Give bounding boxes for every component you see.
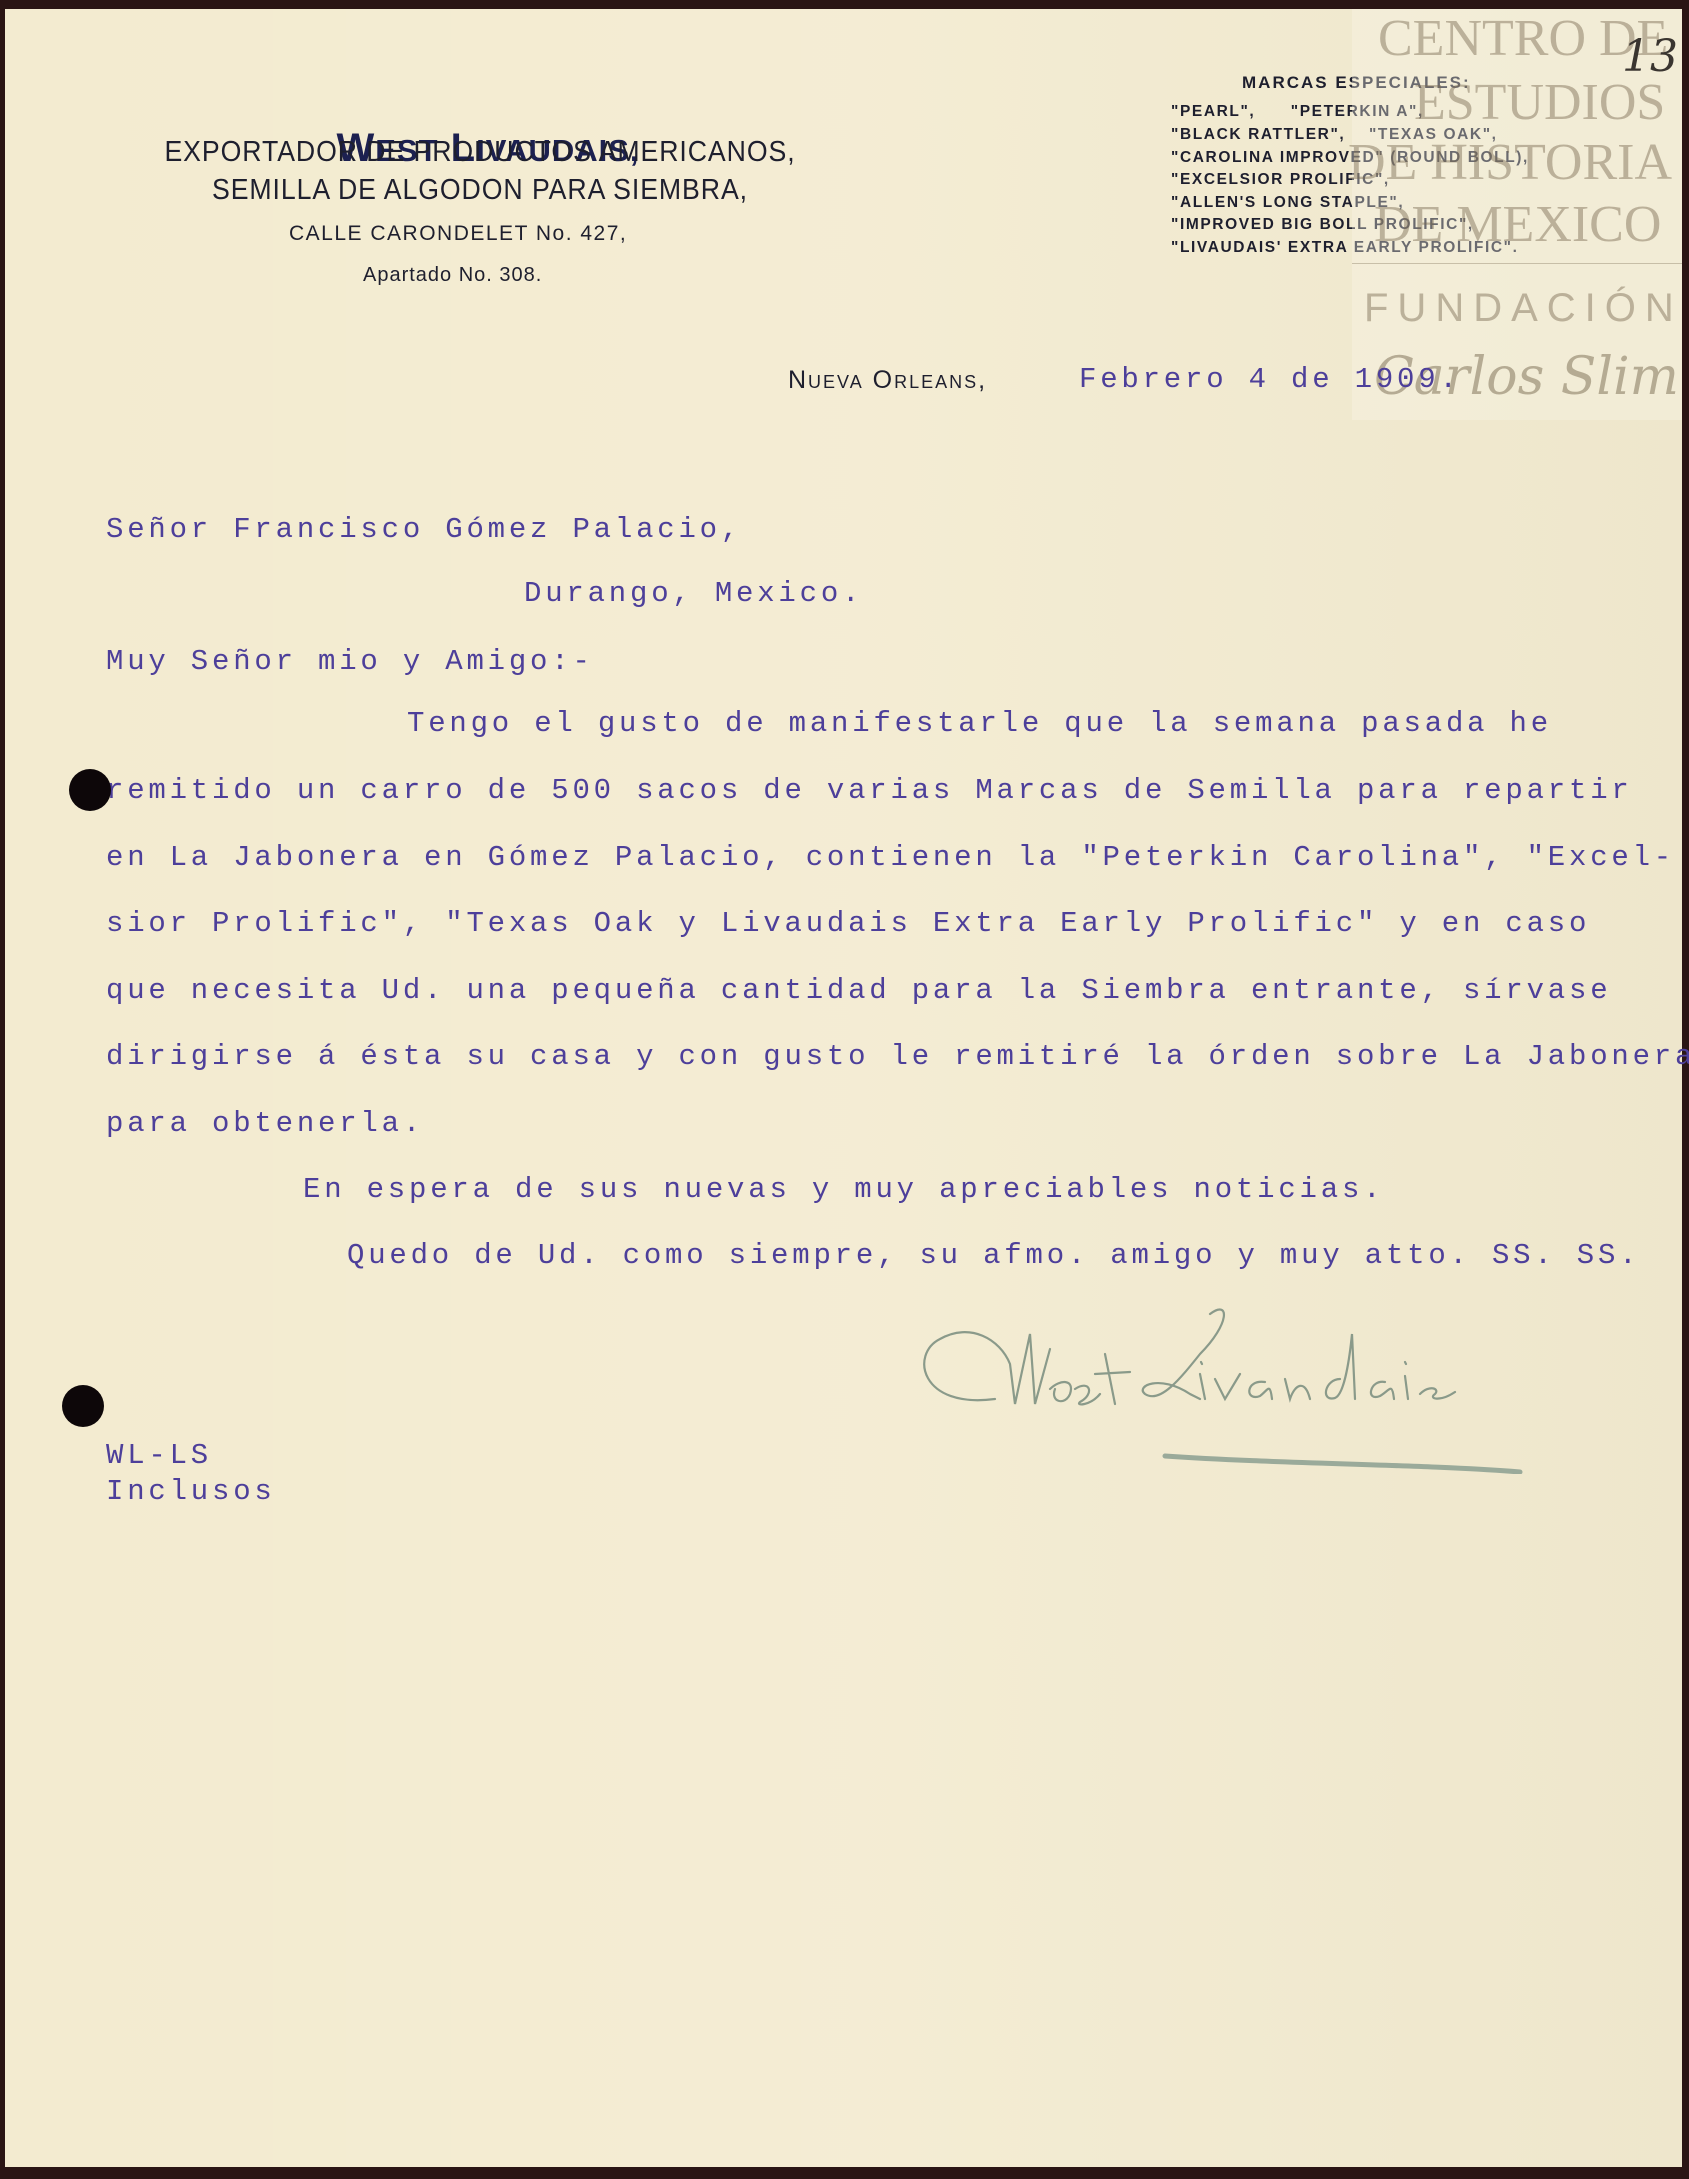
place-city: Nueva Orleans, (788, 366, 987, 395)
watermark-line: DE HISTORIA (1348, 133, 1672, 192)
closing-line: En espera de sus nuevas y muy apreciable… (303, 1173, 1384, 1206)
salutation: Muy Señor mio y Amigo:- (106, 645, 594, 678)
letter-page: WEST LIVAUDAIS, EXPORTADOR DE PRODUCTOS … (5, 9, 1682, 2167)
signature-icon (900, 1294, 1540, 1474)
body-line: sior Prolific", "Texas Oak y Livaudais E… (106, 907, 1590, 940)
body-line: Tengo el gusto de manifestarle que la se… (407, 707, 1552, 740)
letterhead-line-exporter: EXPORTADOR DE PRODUCTOS AMERICANOS, (144, 136, 816, 169)
watermark-divider (1352, 263, 1682, 264)
letterhead-address: CALLE CARONDELET No. 427, (289, 222, 627, 246)
letterhead-line-seed: SEMILLA DE ALGODON PARA SIEMBRA, (181, 174, 779, 207)
watermark-line: DE MEXICO (1374, 195, 1661, 254)
body-line: dirigirse á ésta su casa y con gusto le … (106, 1040, 1689, 1073)
enclosures-note: Inclusos (106, 1475, 276, 1508)
body-line: para obtenerla. (106, 1107, 424, 1140)
body-line: remitido un carro de 500 sacos de varias… (106, 774, 1633, 807)
body-line: que necesita Ud. una pequeña cantidad pa… (106, 974, 1611, 1007)
closing-line: Quedo de Ud. como siempre, su afmo. amig… (347, 1239, 1640, 1272)
letter-date: Febrero 4 de 1909. (1079, 363, 1461, 396)
body-line: en La Jabonera en Gómez Palacio, contien… (106, 841, 1675, 874)
punch-hole (62, 1385, 104, 1427)
recipient-name: Señor Francisco Gómez Palacio, (106, 513, 742, 546)
handwritten-signature (900, 1294, 1540, 1474)
recipient-location: Durango, Mexico. (524, 577, 863, 610)
watermark-foundation: FUNDACIÓN (1364, 286, 1683, 331)
punch-hole (69, 769, 111, 811)
page-number-mark: 13 (1622, 31, 1678, 82)
typist-initials: WL-LS (106, 1439, 212, 1472)
letterhead-po-box: Apartado No. 308. (363, 264, 542, 287)
